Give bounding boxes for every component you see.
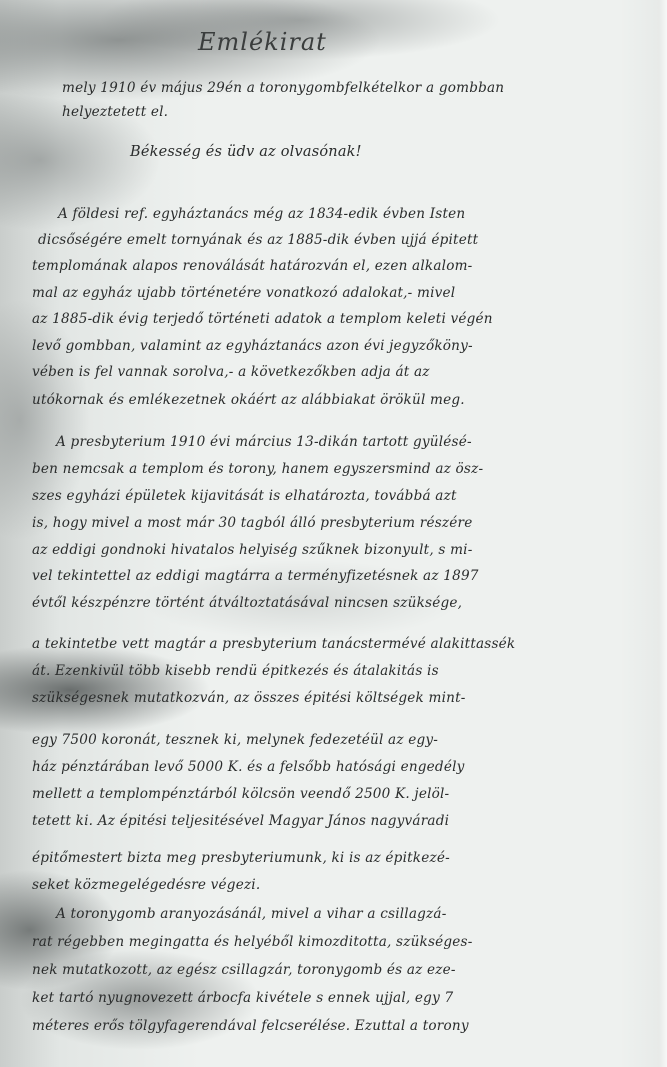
- paragraph-line: A presbyterium 1910 évi március 13-dikán…: [56, 434, 472, 450]
- paragraph-line: ben nemcsak a templom és torony, hanem e…: [32, 461, 483, 477]
- paragraph-line: seket közmegelégedésre végezi.: [32, 877, 260, 893]
- paragraph-line: levő gombban, valamint az egyháztanács a…: [32, 338, 473, 354]
- paragraph-line: mellett a templompénztárból kölcsön veen…: [32, 786, 449, 802]
- paragraph-line: A földesi ref. egyháztanács még az 1834-…: [58, 206, 465, 222]
- paragraph-line: templomának alapos renoválását határozvá…: [32, 258, 472, 274]
- paragraph-line: az 1885-dik évig terjedő történeti adato…: [32, 311, 493, 327]
- paragraph-line: egy 7500 koronát, tesznek ki, melynek fe…: [32, 732, 438, 748]
- paragraph-line: át. Ezenkivül több kisebb rendü épitkezé…: [32, 663, 439, 679]
- paragraph-line: utókornak és emlékezetnek okáért az aláb…: [32, 392, 465, 408]
- paragraph-line: rat régebben megingatta és helyéből kimo…: [32, 934, 473, 950]
- scanned-document-page: Emlékirat mely 1910 év május 29én a toro…: [0, 0, 667, 1067]
- paragraph-line: az eddigi gondnoki hivatalos helyiség sz…: [32, 542, 473, 558]
- paper-edge: [659, 0, 667, 1067]
- paragraph-line: vel tekintettel az eddigi magtárra a ter…: [32, 568, 479, 584]
- salutation: Békesség és üdv az olvasónak!: [130, 144, 362, 160]
- paragraph-line: vében is fel vannak sorolva,- a következ…: [32, 364, 430, 380]
- intro-line: helyeztetett el.: [62, 104, 168, 120]
- paragraph-line: méteres erős tölgyfagerendával felcserél…: [32, 1018, 469, 1034]
- paragraph-line: is, hogy mivel a most már 30 tagból álló…: [32, 515, 472, 531]
- paragraph-line: dicsőségére emelt tornyának és az 1885-d…: [38, 232, 478, 248]
- document-title: Emlékirat: [198, 28, 327, 56]
- paragraph-line: évtől készpénzre történt átváltoztatásáv…: [32, 595, 462, 611]
- paragraph-line: tetett ki. Az épitési teljesitésével Mag…: [32, 813, 449, 829]
- paragraph-line: ket tartó nyugnovezett árbocfa kivétele …: [32, 990, 453, 1006]
- paragraph-line: a tekintetbe vett magtár a presbyterium …: [32, 636, 515, 652]
- paragraph-line: mal az egyház ujabb történetére vonatkoz…: [32, 285, 455, 301]
- paragraph-line: szes egyházi épületek kijavitását is elh…: [32, 488, 457, 504]
- paragraph-line: szükségesnek mutatkozván, az összes épit…: [32, 690, 466, 706]
- paragraph-line: épitőmestert bizta meg presbyteriumunk, …: [32, 850, 450, 866]
- paragraph-line: A toronygomb aranyozásánál, mivel a viha…: [56, 906, 447, 922]
- paragraph-line: ház pénztárában levő 5000 K. és a felsőb…: [32, 759, 465, 775]
- paragraph-line: nek mutatkozott, az egész csillagzár, to…: [32, 962, 456, 978]
- intro-line: mely 1910 év május 29én a toronygombfelk…: [62, 80, 504, 96]
